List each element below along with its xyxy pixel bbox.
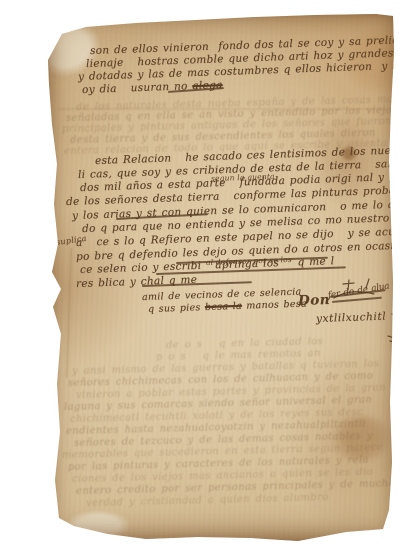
scanned-manuscript-photo: { "palette": { "background": "#ffffff", … bbox=[0, 0, 400, 553]
signature-paraph bbox=[384, 310, 400, 350]
bottom-edge-chip bbox=[66, 510, 130, 538]
signature-title: Don bbox=[298, 292, 331, 309]
manuscript-page: son de ellos vinieron fondo dos tal se c… bbox=[46, 12, 396, 542]
line-text: oy dia usuran no bbox=[82, 80, 193, 96]
signature-name: yxtlilxuchitl bbox=[316, 311, 387, 325]
manuscript-line: res blica y chal q me bbox=[76, 274, 198, 290]
line-text: q sus pies bbox=[148, 302, 205, 315]
paper-crease bbox=[66, 248, 73, 378]
struck-word: besa la bbox=[205, 301, 242, 313]
